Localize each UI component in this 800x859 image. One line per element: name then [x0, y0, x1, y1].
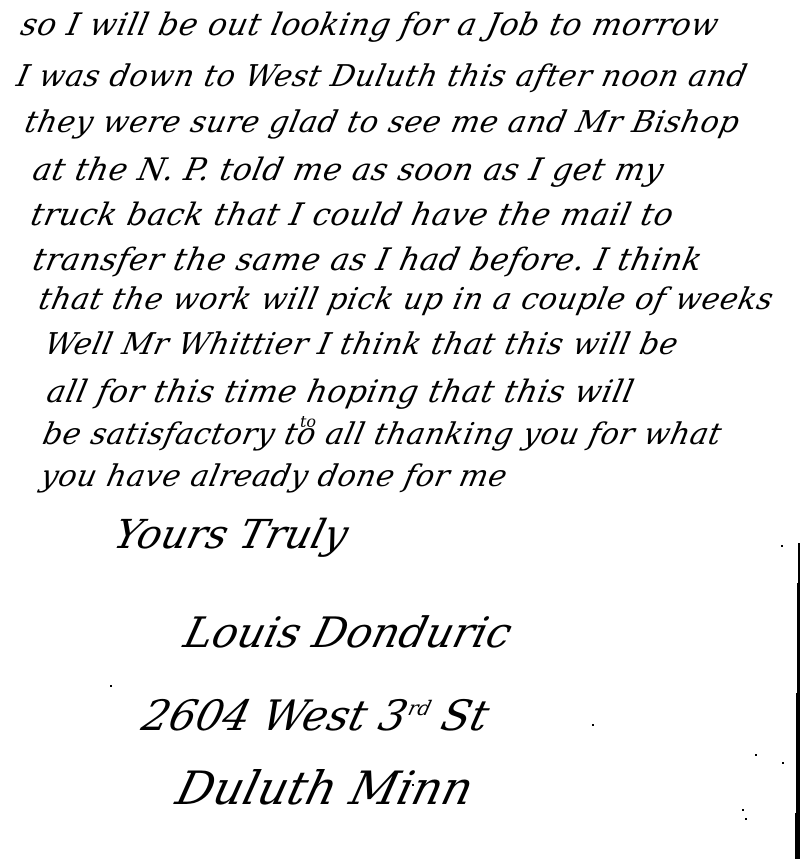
letter-line-5: truck back that I could have the mail to — [28, 200, 677, 231]
letter-line-10: be satisfactory to all thanking you for … — [40, 420, 724, 450]
letter-line-9: all for this time hoping that this will — [44, 377, 637, 408]
address-state: Minn — [345, 761, 480, 815]
scan-speck — [782, 762, 784, 764]
letter-line-1: so I will be out looking for a Job to mo… — [18, 10, 722, 41]
letter-line-2: I was down to West Duluth this after noo… — [14, 62, 750, 92]
scan-speck — [755, 754, 757, 756]
scan-speck — [781, 545, 783, 547]
letter-line-11: you have already done for me — [38, 462, 510, 492]
scan-speck — [110, 685, 112, 687]
letter-line-8: Well Mr Whittier I think that this will … — [42, 330, 681, 360]
letter-line-4: at the N. P. told me as soon as I get my — [30, 155, 667, 186]
scan-speck — [412, 784, 414, 786]
address-street-number: 2604 — [137, 691, 256, 740]
scan-speck — [745, 818, 747, 820]
letter-line-3: they were sure glad to see me and Mr Bis… — [22, 108, 742, 138]
letter-line-6: transfer the same as I had before. I thi… — [30, 245, 705, 276]
scan-speck — [742, 809, 744, 811]
address-street-suffix: St — [436, 691, 494, 740]
letter-line-7: that the work will pick up in a couple o… — [36, 285, 776, 315]
address-street: 2604 West 3rd St — [138, 695, 493, 737]
address-city: Duluth — [171, 761, 343, 815]
address-ordinal-suffix: rd — [406, 696, 434, 720]
scan-speck — [592, 724, 594, 726]
scan-border-bar — [795, 813, 800, 859]
address-city-state: Duluth Minn — [172, 765, 478, 811]
signature: Louis Donduric — [180, 612, 516, 654]
letter-page: so I will be out looking for a Job to mo… — [0, 0, 800, 859]
letter-closing: Yours Truly — [110, 515, 352, 555]
scan-border-bar — [796, 693, 800, 833]
address-street-name: West — [258, 691, 373, 740]
